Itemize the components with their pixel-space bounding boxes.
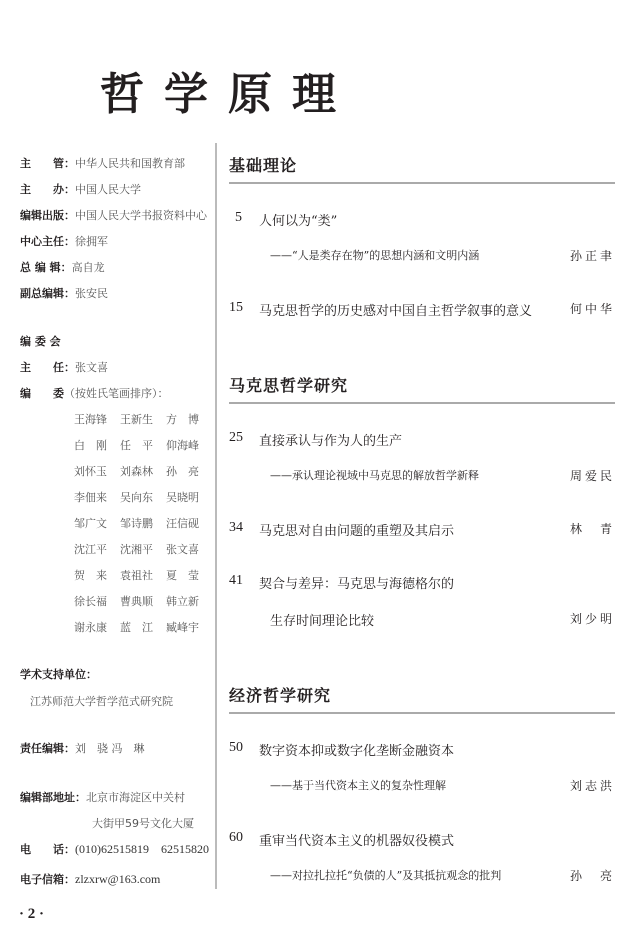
member-name: 仰海峰 — [166, 437, 212, 453]
member-name: 沈湘平 — [120, 541, 166, 557]
committee-heading-label: 编 委 会 — [20, 333, 61, 349]
member-name: 蓝 江 — [120, 619, 166, 635]
masthead-key: 电子信箱： — [20, 871, 75, 887]
committee-heading: 编 委 会 — [20, 333, 61, 349]
member-name: 王新生 — [120, 411, 166, 427]
entry-page: 60 — [229, 830, 253, 846]
entry-author: 刘志洪 — [570, 777, 615, 794]
entry-title-continued: 生存时间理论比较 — [270, 610, 374, 629]
members-row: 邹广文邹诗鹏汪信砚 — [74, 515, 212, 531]
entry-subtitle: ——承认理论视域中马克思的解放哲学新释 — [270, 467, 479, 483]
entry-title: 人何以为“类” — [259, 210, 337, 229]
members-row: 徐长福曹典顺韩立新 — [74, 593, 212, 609]
members-note: （按姓氏笔画排序）： — [64, 387, 169, 400]
address-line2: 大街甲59号文化大厦 — [92, 817, 194, 830]
member-name: 王海锋 — [74, 411, 120, 427]
support-institution: 江苏师范大学哲学范式研究院 — [30, 695, 173, 708]
entry-title: 重审当代资本主义的机器奴役模式 — [259, 830, 454, 849]
entry-author: 何中华 — [570, 300, 615, 317]
member-name: 袁祖社 — [120, 567, 166, 583]
member-name: 韩立新 — [166, 593, 212, 609]
journal-title: 哲学原理 — [100, 58, 356, 122]
masthead-key: 编辑部地址： — [20, 789, 86, 805]
masthead-row-publisher: 编辑出版：中国人民大学书报资料中心 — [20, 207, 207, 223]
masthead-key: 电 话： — [20, 841, 75, 857]
section-heading: 经济哲学研究 — [229, 683, 331, 706]
member-name: 任 平 — [120, 437, 166, 453]
masthead-row-director: 中心主任：徐拥军 — [20, 233, 108, 249]
members-row: 李佃来吴向东吴晓明 — [74, 489, 212, 505]
entry-title: 马克思哲学的历史感对中国自主哲学叙事的意义 — [259, 300, 532, 319]
section-rule — [229, 712, 615, 714]
academic-support-label: 学术支持单位： — [20, 666, 97, 682]
masthead-key: 副总编辑： — [20, 285, 75, 301]
member-name: 刘森林 — [120, 463, 166, 479]
entry-page: 50 — [229, 740, 253, 756]
responsible-editors: 责任编辑：刘 骁 冯 琳 — [20, 740, 145, 756]
masthead-value: 北京市海淀区中关村 — [86, 791, 185, 804]
phone-number: (010)62515819 62515820 — [75, 842, 209, 856]
editorial-address: 编辑部地址：北京市海淀区中关村 — [20, 789, 185, 805]
masthead-key: 主 管： — [20, 155, 75, 171]
section-heading: 马克思哲学研究 — [229, 373, 348, 396]
member-name: 徐长福 — [74, 593, 120, 609]
entry-title: 契合与差异：马克思与海德格尔的 — [259, 573, 454, 592]
entry-author: 林 青 — [570, 520, 615, 537]
member-name: 贺 来 — [74, 567, 120, 583]
masthead-key: 总 编 辑： — [20, 259, 72, 275]
member-name: 吴向东 — [120, 489, 166, 505]
entry-title: 数字资本抑或数字化垄断金融资本 — [259, 740, 454, 759]
page-number: · 2 · — [19, 906, 44, 923]
member-name: 夏 莹 — [166, 567, 212, 583]
entry-author: 孙正聿 — [570, 247, 615, 264]
editorial-address-line2: 大街甲59号文化大厦 — [92, 815, 194, 831]
masthead-value: 中国人民大学书报资料中心 — [75, 209, 207, 222]
masthead-key: 编辑出版： — [20, 207, 75, 223]
member-name: 谢永康 — [74, 619, 120, 635]
member-name: 沈江平 — [74, 541, 120, 557]
members-row: 沈江平沈湘平张文喜 — [74, 541, 212, 557]
entry-subtitle: ——“人是类存在物”的思想内涵和文明内涵 — [270, 247, 479, 263]
masthead-value: 张安民 — [75, 287, 108, 300]
section-rule — [229, 182, 615, 184]
masthead-row-supervisor: 主 管：中华人民共和国教育部 — [20, 155, 185, 171]
masthead-row-editor-in-chief: 总 编 辑：高自龙 — [20, 259, 105, 275]
entry-title: 直接承认与作为人的生产 — [259, 430, 402, 449]
entry-author: 孙 亮 — [570, 867, 615, 884]
masthead-row-deputy-editor: 副总编辑：张安民 — [20, 285, 108, 301]
column-divider — [215, 143, 217, 889]
masthead-value: 徐拥军 — [75, 235, 108, 248]
masthead-value: 中华人民共和国教育部 — [75, 157, 185, 170]
members-row: 白 刚任 平仰海峰 — [74, 437, 212, 453]
masthead-value: 张文喜 — [75, 361, 108, 374]
masthead-value: 中国人民大学 — [75, 183, 141, 196]
committee-members-label: 编 委（按姓氏笔画排序）： — [20, 385, 169, 401]
masthead-value: 刘 骁 冯 琳 — [75, 742, 145, 755]
academic-support-value: 江苏师范大学哲学范式研究院 — [30, 693, 173, 709]
entry-page: 34 — [229, 520, 253, 536]
entry-page: 25 — [229, 430, 253, 446]
members-row: 王海锋王新生方 博 — [74, 411, 212, 427]
entry-page: 5 — [235, 210, 259, 226]
email: 电子信箱：zlzxrw@163.com — [20, 871, 160, 887]
member-name: 邹广文 — [74, 515, 120, 531]
phone: 电 话：(010)62515819 62515820 — [20, 840, 209, 857]
entry-page: 15 — [229, 300, 253, 316]
members-row: 谢永康蓝 江臧峰宇 — [74, 619, 212, 635]
member-name: 邹诗鹏 — [120, 515, 166, 531]
entry-subtitle: ——对拉扎拉托“负债的人”及其抵抗观念的批判 — [270, 867, 501, 883]
member-name: 臧峰宇 — [166, 619, 212, 635]
masthead-value: 高自龙 — [72, 261, 105, 274]
member-name: 张文喜 — [166, 541, 212, 557]
entry-author: 周爱民 — [570, 467, 615, 484]
entry-title: 马克思对自由问题的重塑及其启示 — [259, 520, 454, 539]
entry-author: 刘少明 — [570, 610, 615, 627]
committee-chair: 主 任：张文喜 — [20, 359, 108, 375]
masthead-key: 编 委 — [20, 385, 64, 401]
member-name: 李佃来 — [74, 489, 120, 505]
member-name: 白 刚 — [74, 437, 120, 453]
masthead-key: 责任编辑： — [20, 740, 75, 756]
member-name: 曹典顺 — [120, 593, 166, 609]
members-row: 贺 来袁祖社夏 莹 — [74, 567, 212, 583]
member-name: 孙 亮 — [166, 463, 212, 479]
entry-subtitle: ——基于当代资本主义的复杂性理解 — [270, 777, 446, 793]
member-name: 吴晓明 — [166, 489, 212, 505]
masthead-key: 主 任： — [20, 359, 75, 375]
email-address[interactable]: zlzxrw@163.com — [75, 872, 160, 886]
members-row: 刘怀玉刘森林孙 亮 — [74, 463, 212, 479]
masthead-row-sponsor: 主 办：中国人民大学 — [20, 181, 141, 197]
masthead-key: 主 办： — [20, 181, 75, 197]
entry-page: 41 — [229, 573, 253, 589]
section-heading: 基础理论 — [229, 153, 297, 176]
member-name: 汪信砚 — [166, 515, 212, 531]
masthead-key: 中心主任： — [20, 233, 75, 249]
masthead-key: 学术支持单位： — [20, 666, 97, 682]
member-name: 刘怀玉 — [74, 463, 120, 479]
member-name: 方 博 — [166, 411, 212, 427]
section-rule — [229, 402, 615, 404]
